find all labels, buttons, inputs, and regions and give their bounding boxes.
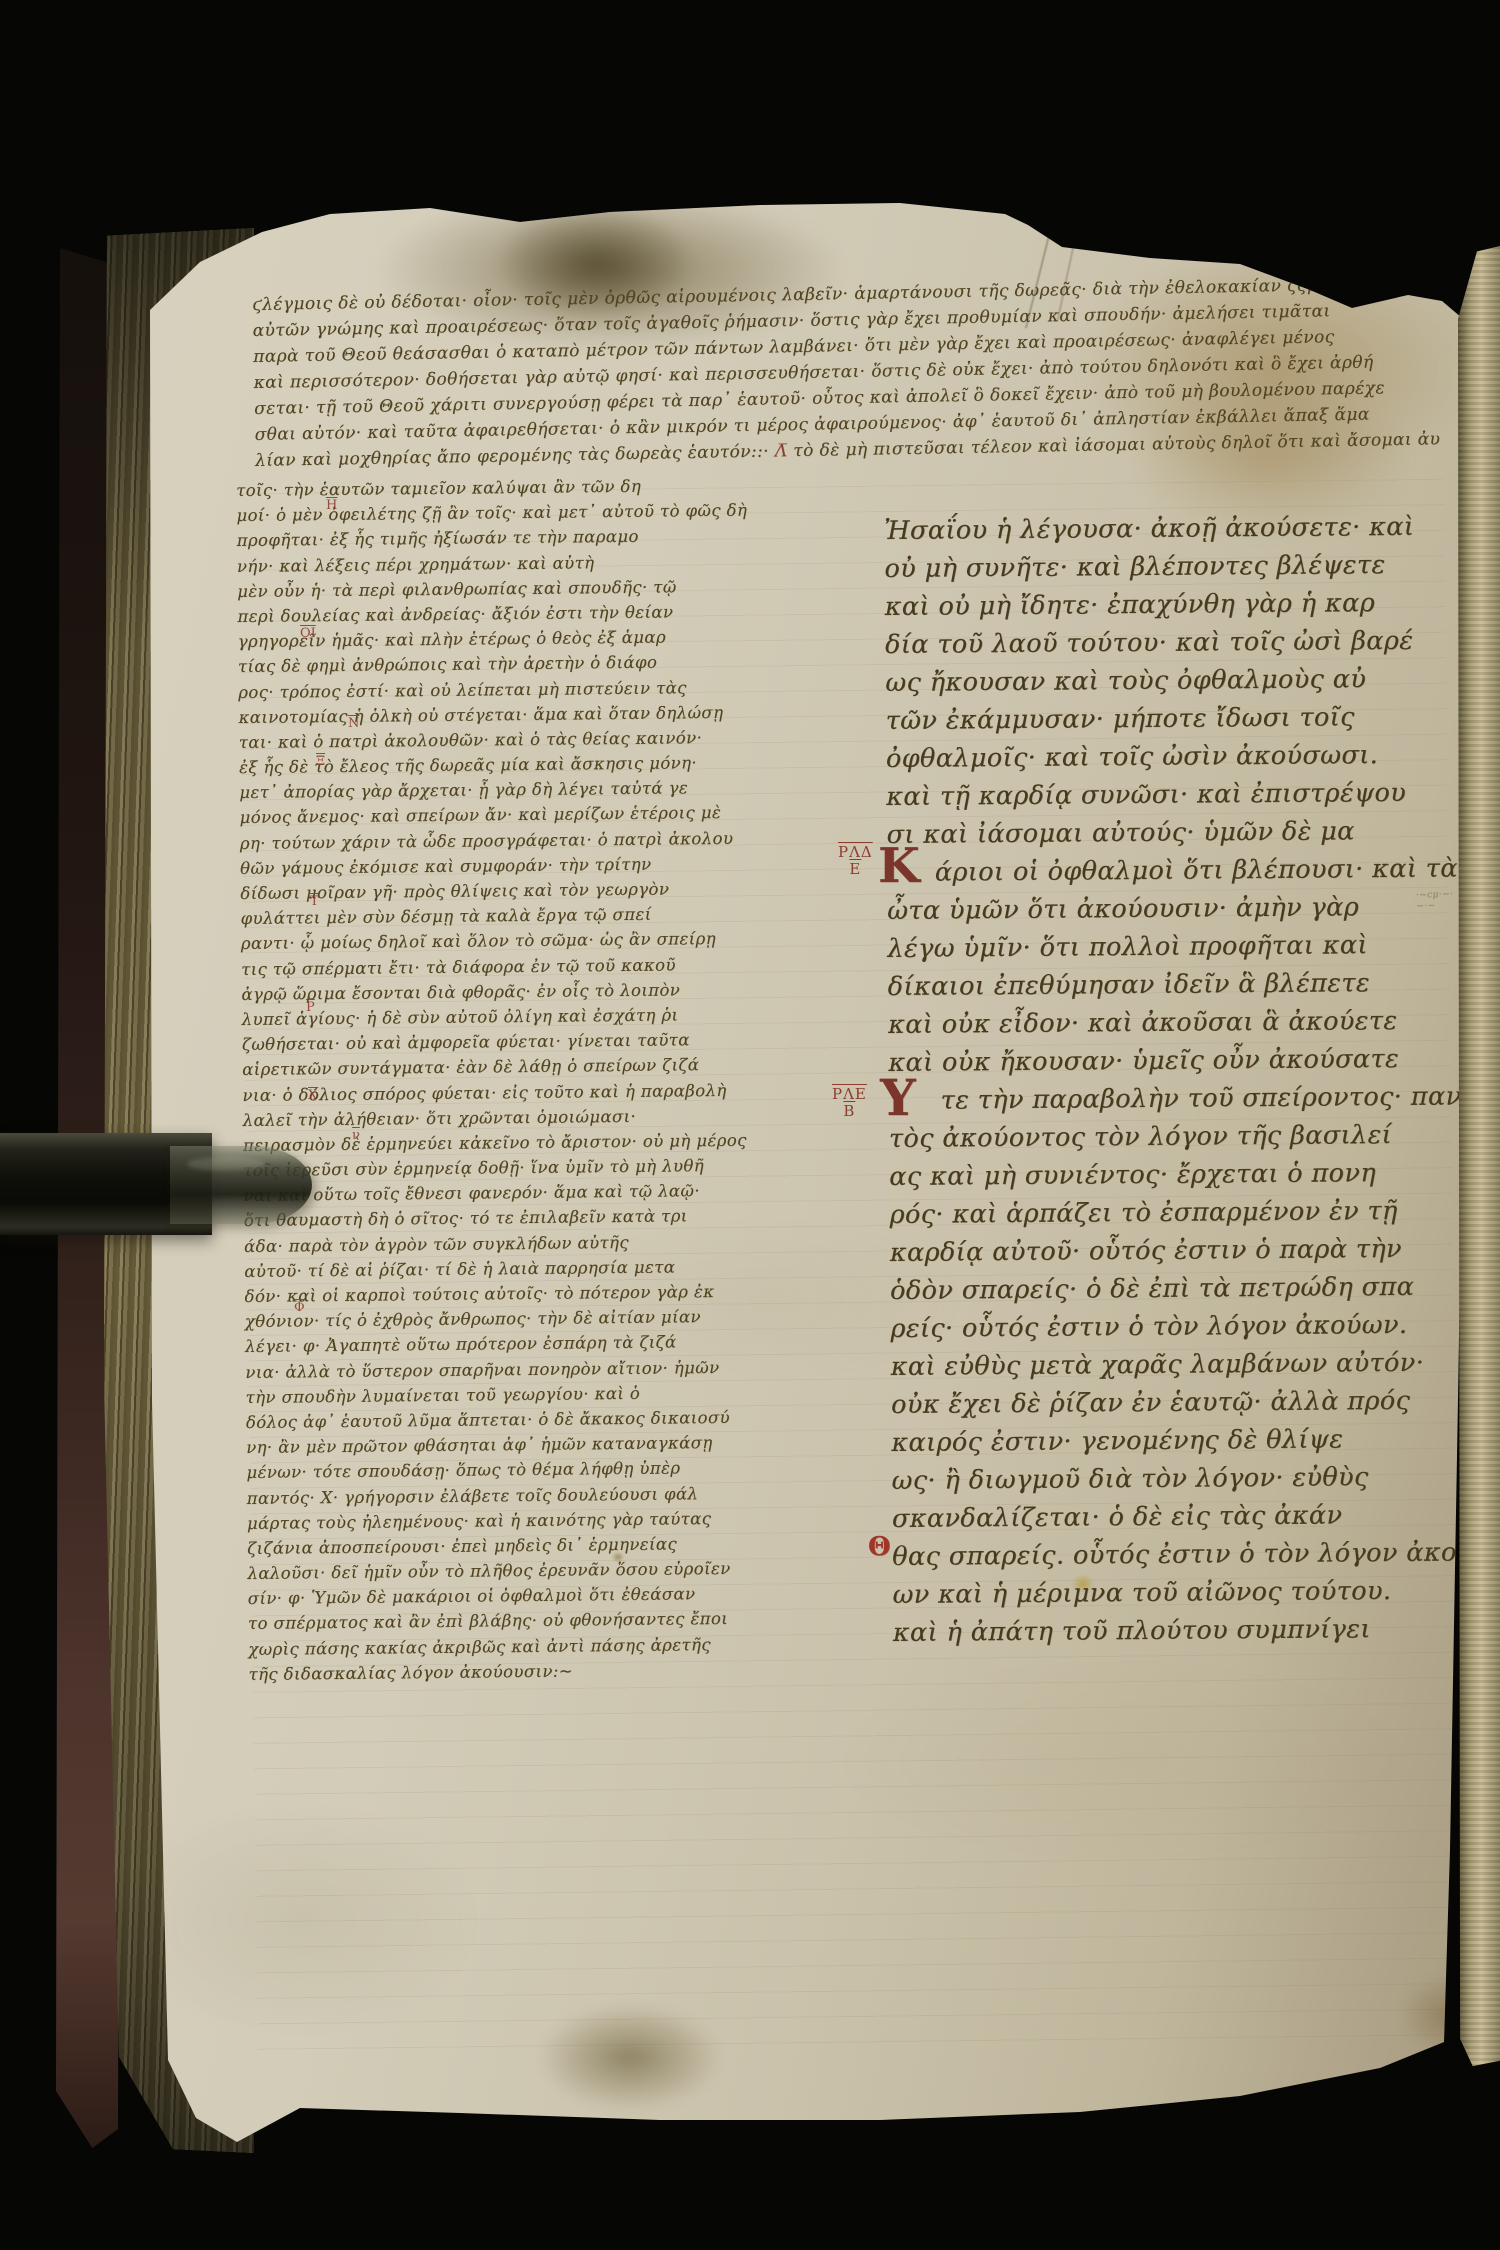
chapter-number: ΡΛΕ (832, 1085, 867, 1103)
rubricated-ornament-theta: Θ (868, 1532, 891, 1562)
scripture-line: άριοι οἱ ὀφθαλμοὶ ὅτι βλέπουσι· καὶ τὰ (887, 849, 1467, 892)
scripture-line: ων καὶ ἡ μέριμνα τοῦ αἰῶνος τούτου. (892, 1571, 1472, 1614)
scripture-line: δία τοῦ λαοῦ τούτου· καὶ τοῖς ὠσὶ βαρέ (885, 621, 1465, 664)
margin-note-line: ∼·∼ (1416, 900, 1454, 912)
scripture-line: ρείς· οὗτός ἐστιν ὁ τὸν λόγον ἀκούων. (890, 1305, 1470, 1348)
rubricated-initial-upsilon: Υ (880, 1068, 916, 1127)
manuscript-photograph: { "colors":{"ink":"#51431f","rubric":"#8… (0, 0, 1500, 2250)
margin-mark: Ξ (316, 754, 325, 769)
chapter-subnumber: Ε (838, 861, 873, 878)
scripture-line: σκανδαλίζεται· ὁ δὲ εἰς τὰς ἀκάν (892, 1495, 1472, 1538)
margin-note-line: ·∼ϲμ·∼· (1416, 889, 1454, 901)
scripture-line: ὦτα ὑμῶν ὅτι ἀκούουσιν· ἀμὴν γὰρ (887, 887, 1467, 930)
scripture-line: σι καὶ ἰάσομαι αὐτούς· ὑμῶν δὲ μα (886, 811, 1466, 854)
scripture-line: λέγω ὑμῖν· ὅτι πολλοὶ προφῆται καὶ (887, 925, 1467, 968)
fore-edge-pages (1458, 246, 1500, 2068)
margin-mark: ν (352, 1128, 360, 1143)
scripture-line: ὀφθαλμοῖς· καὶ τοῖς ὠσὶν ἀκούσωσι. (886, 735, 1466, 778)
scripture-line: καρδίᾳ αὐτοῦ· οὗτός ἐστιν ὁ παρὰ τὴν (890, 1229, 1470, 1272)
scripture-line: ως ἤκουσαν καὶ τοὺς ὀφθαλμοὺς αὐ (885, 659, 1465, 702)
margin-mark: Ρ (306, 1000, 315, 1015)
scripture-line: καιρός ἐστιν· γενομένης δὲ θλίψε (891, 1419, 1471, 1462)
scripture-line: καὶ οὐ μὴ ἴδητε· ἐπαχύνθη γὰρ ἡ καρ (885, 583, 1465, 626)
commentary-line: μένων· τότε σπουδάσῃ· ὅπως τὸ θέμα λήφθῃ… (246, 1456, 682, 1486)
margin-mark: ΟΙ (300, 626, 316, 641)
right-margin-note: ·∼ϲμ·∼·∼·∼ (1416, 889, 1454, 912)
scripture-line: οὐ μὴ συνῆτε· καὶ βλέποντες βλέψετε (884, 545, 1464, 588)
right-scripture-column: Ἠσαΐου ἡ λέγουσα· ἀκοῇ ἀκούσετε· καὶοὐ μ… (884, 507, 1473, 1652)
scripture-line: καὶ τῇ καρδίᾳ συνῶσι· καὶ ἐπιστρέψου (886, 773, 1466, 816)
commentary-line: προφῆται· ἐξ ἧς τιμῆς ἠξίωσάν τε τὴν παρ… (237, 524, 673, 554)
scripture-line: ὁδὸν σπαρείς· ὁ δὲ ἐπὶ τὰ πετρώδη σπα (890, 1267, 1470, 1310)
scripture-line: καὶ οὐκ εἶδον· καὶ ἀκοῦσαι ἃ ἀκούετε (888, 1001, 1468, 1044)
stain-bottom-center (540, 2005, 720, 2110)
scripture-line: δίκαιοι ἐπεθύμησαν ἰδεῖν ἃ βλέπετε (888, 963, 1468, 1006)
margin-mark: Η (326, 498, 337, 513)
rubricated-initial-kappa: Κ (878, 838, 920, 894)
scripture-line: καὶ ἡ ἀπάτη τοῦ πλούτου συμπνίγει (893, 1609, 1473, 1652)
scripture-line: καὶ οὐκ ἤκουσαν· ὑμεῖς οὖν ἀκούσατε (888, 1039, 1468, 1082)
commentary-line: τίας δὲ φημὶ ἀνθρώποις καὶ τὴν ἀρετὴν ὁ … (238, 650, 674, 680)
scripture-line: ας καὶ μὴ συνιέντος· ἔρχεται ὁ πονη (889, 1153, 1469, 1196)
chapter-mark-134: ΡΛΔ Ε (838, 844, 873, 878)
commentary-line: χωρὶς πάσης κακίας ἀκριβῶς καὶ ἀντὶ πάση… (248, 1632, 684, 1662)
margin-mark: Ν (348, 716, 359, 731)
scripture-line: θας σπαρείς. οὗτός ἐστιν ὁ τὸν λόγον ἀκο… (892, 1533, 1472, 1576)
scripture-line: καὶ εὐθὺς μετὰ χαρᾶς λαμβάνων αὐτόν· (891, 1343, 1471, 1386)
commentary-line: αἱρετικῶν συντάγματα· ἐὰν δὲ λάθῃ ὁ σπεί… (242, 1053, 678, 1083)
scripture-line: τῶν ἐκάμμυσαν· μήποτε ἴδωσι τοῖς (885, 697, 1465, 740)
left-commentary-column: τοῖς· τὴν ἑαυτῶν ταμιεῖον καλύψαι ἂν τῶν… (236, 473, 685, 1686)
margin-mark: Τ (310, 894, 319, 909)
chapter-mark-135: ΡΛΕ Β (832, 1086, 867, 1120)
parchment-page: ϛλέγμοις δὲ οὐ δέδοται· οἷον· τοῖς μὲν ὀ… (0, 0, 1500, 2250)
chapter-subnumber: Β (832, 1103, 867, 1120)
margin-mark: Φ (294, 1300, 305, 1315)
rubric-lambda: Λ̅ (775, 441, 788, 461)
scripture-line: ρός· καὶ ἁρπάζει τὸ ἐσπαρμένον ἐν τῇ (889, 1191, 1469, 1234)
chapter-number: ΡΛΔ (838, 843, 873, 861)
margin-mark: Χ (308, 1088, 317, 1103)
page-weight-tip (170, 1146, 312, 1224)
scripture-line: τὸς ἀκούοντος τὸν λόγον τῆς βασιλεί (889, 1115, 1469, 1158)
commentary-line: ραντι· ᾧ μοίως δηλοῖ καὶ ὅλον τὸ σῶμα· ὡ… (241, 927, 677, 957)
commentary-line: τῆς διδασκαλίας λόγον ἀκούουσιν:~ (248, 1657, 684, 1687)
scripture-line: Ἠσαΐου ἡ λέγουσα· ἀκοῇ ἀκούσετε· καὶ (884, 507, 1464, 550)
scripture-line: ως· ἢ διωγμοῦ διὰ τὸν λόγον· εὐθὺς (891, 1457, 1471, 1500)
scripture-line: οὐκ ἔχει δὲ ῥίζαν ἐν ἑαυτῷ· ἀλλὰ πρός (891, 1381, 1471, 1424)
scripture-line: τε τὴν παραβολὴν τοῦ σπείροντος· παν (888, 1077, 1468, 1120)
top-commentary-block: ϛλέγμοις δὲ οὐ δέδοται· οἷον· τοῖς μὲν ὀ… (252, 270, 1465, 474)
